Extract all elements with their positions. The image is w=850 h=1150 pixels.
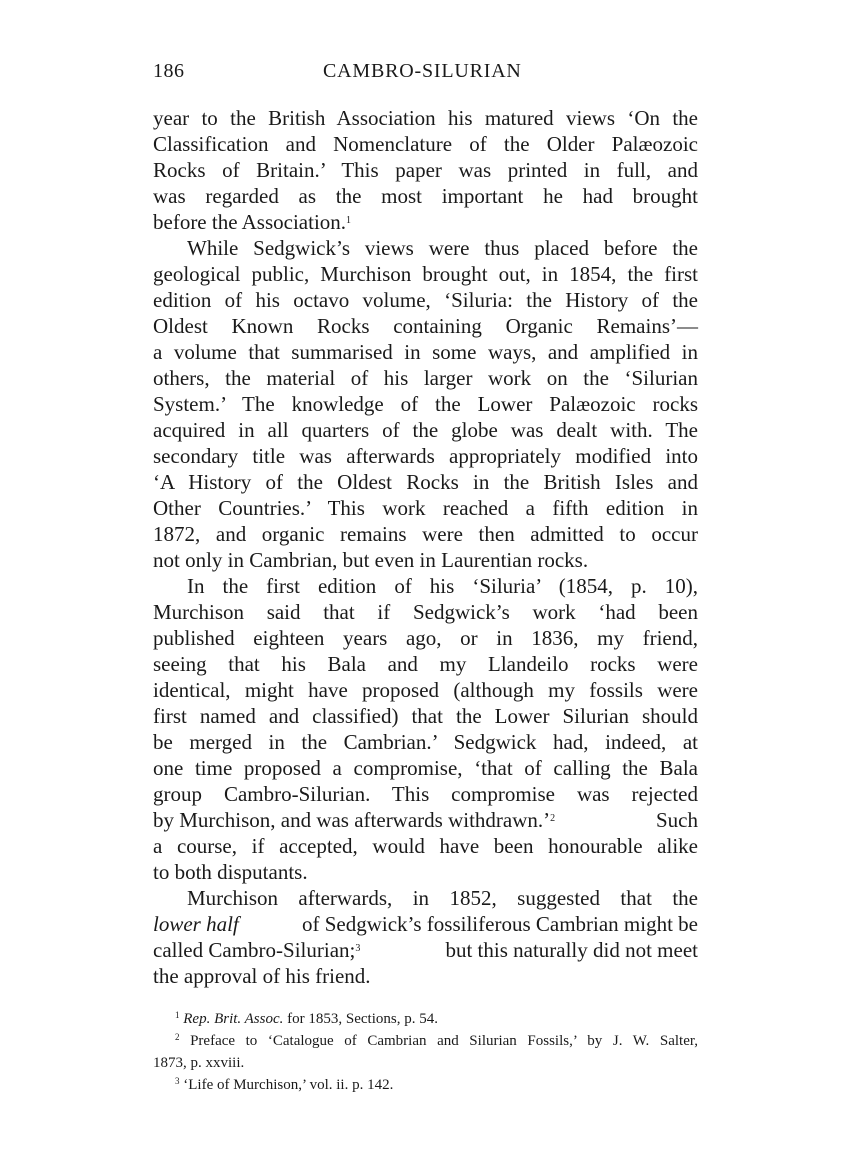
text-line: acquired in all quarters of the globe wa… bbox=[153, 417, 698, 443]
text-span: by Murchison, and was afterwards withdra… bbox=[153, 808, 550, 832]
footnotes: 1 Rep. Brit. Assoc. for 1853, Sections, … bbox=[153, 1008, 698, 1096]
footnote-ref-2[interactable]: 2 bbox=[550, 813, 555, 824]
text-line: Classification and Nomenclature of the O… bbox=[153, 131, 698, 157]
footnote-ref-3[interactable]: 3 bbox=[355, 943, 360, 954]
italic-span: lower half bbox=[153, 911, 239, 937]
text-line: first named and classified) that the Low… bbox=[153, 703, 698, 729]
text-line: Rocks of Britain.’ This paper was printe… bbox=[153, 157, 698, 183]
text-span: called Cambro-Silurian;3 bbox=[153, 937, 360, 963]
text-line: year to the British Association his matu… bbox=[153, 105, 698, 131]
text-span: of Sedgwick’s fossiliferous Cambrian mig… bbox=[302, 911, 698, 937]
footnote-marker: 2 bbox=[175, 1032, 180, 1042]
text-span: before the Association. bbox=[153, 210, 346, 234]
text-line: Murchison said that if Sedgwick’s work ‘… bbox=[153, 599, 698, 625]
text-line: be merged in the Cambrian.’ Sedgwick had… bbox=[153, 729, 698, 755]
text-line: group Cambro-Silurian. This compromise w… bbox=[153, 781, 698, 807]
text-span: called Cambro-Silurian; bbox=[153, 938, 355, 962]
text-line: seeing that his Bala and my Llandeilo ro… bbox=[153, 651, 698, 677]
text-line: before the Association.1 bbox=[153, 209, 698, 235]
text-line: Other Countries.’ This work reached a fi… bbox=[153, 495, 698, 521]
text-line: a volume that summarised in some ways, a… bbox=[153, 339, 698, 365]
text-line: edition of his octavo volume, ‘Siluria: … bbox=[153, 287, 698, 313]
text-line: Murchison afterwards, in 1852, suggested… bbox=[153, 885, 698, 911]
text-line: published eighteen years ago, or in 1836… bbox=[153, 625, 698, 651]
text-line: not only in Cambrian, but even in Lauren… bbox=[153, 547, 698, 573]
text-line: System.’ The knowledge of the Lower Palæ… bbox=[153, 391, 698, 417]
footnote-3: 3 ‘Life of Murchison,’ vol. ii. p. 142. bbox=[153, 1074, 698, 1096]
text-span: but this naturally did not meet bbox=[445, 937, 698, 963]
text-line: others, the material of his larger work … bbox=[153, 365, 698, 391]
body-text: year to the British Association his matu… bbox=[153, 105, 698, 989]
footnote-text: ‘Life of Murchison,’ vol. ii. p. 142. bbox=[183, 1077, 393, 1093]
running-head: CAMBRO-SILURIAN bbox=[323, 60, 522, 83]
text-line: Oldest Known Rocks containing Organic Re… bbox=[153, 313, 698, 339]
text-line: one time proposed a compromise, ‘that of… bbox=[153, 755, 698, 781]
page-header: 186 CAMBRO-SILURIAN bbox=[153, 60, 698, 90]
text-line: ‘A History of the Oldest Rocks in the Br… bbox=[153, 469, 698, 495]
text-line: In the first edition of his ‘Siluria’ (1… bbox=[153, 573, 698, 599]
footnote-marker: 3 bbox=[175, 1076, 180, 1086]
text-line: identical, might have proposed (although… bbox=[153, 677, 698, 703]
text-line: While Sedgwick’s views were thus placed … bbox=[153, 235, 698, 261]
footnote-italic: Rep. Brit. Assoc. bbox=[183, 1011, 283, 1027]
footnote-marker: 1 bbox=[175, 1010, 180, 1020]
text-line: called Cambro-Silurian;3 but this natura… bbox=[153, 937, 698, 963]
text-line: secondary title was afterwards appropria… bbox=[153, 443, 698, 469]
text-line: a course, if accepted, would have been h… bbox=[153, 833, 698, 859]
text-span: Such bbox=[656, 807, 698, 833]
text-line: the approval of his friend. bbox=[153, 963, 698, 989]
text-line: geological public, Murchison brought out… bbox=[153, 261, 698, 287]
footnote-text: for 1853, Sections, p. 54. bbox=[287, 1011, 438, 1027]
text-line: 1872, and organic remains were then admi… bbox=[153, 521, 698, 547]
text-span: by Murchison, and was afterwards withdra… bbox=[153, 807, 555, 833]
footnote-ref-1[interactable]: 1 bbox=[346, 215, 351, 226]
footnote-text: Preface to ‘Catalogue of Cambrian and Si… bbox=[190, 1033, 698, 1049]
text-line: was regarded as the most important he ha… bbox=[153, 183, 698, 209]
footnote-2-continuation: 1873, p. xxviii. bbox=[153, 1052, 698, 1074]
text-line: to both disputants. bbox=[153, 859, 698, 885]
text-line: by Murchison, and was afterwards withdra… bbox=[153, 807, 698, 833]
page-number: 186 bbox=[153, 60, 185, 83]
text-line: lower half of Sedgwick’s fossiliferous C… bbox=[153, 911, 698, 937]
footnote-2: 2 Preface to ‘Catalogue of Cambrian and … bbox=[153, 1030, 698, 1052]
footnote-1: 1 Rep. Brit. Assoc. for 1853, Sections, … bbox=[153, 1008, 698, 1030]
book-page: 186 CAMBRO-SILURIAN year to the British … bbox=[0, 0, 850, 1150]
